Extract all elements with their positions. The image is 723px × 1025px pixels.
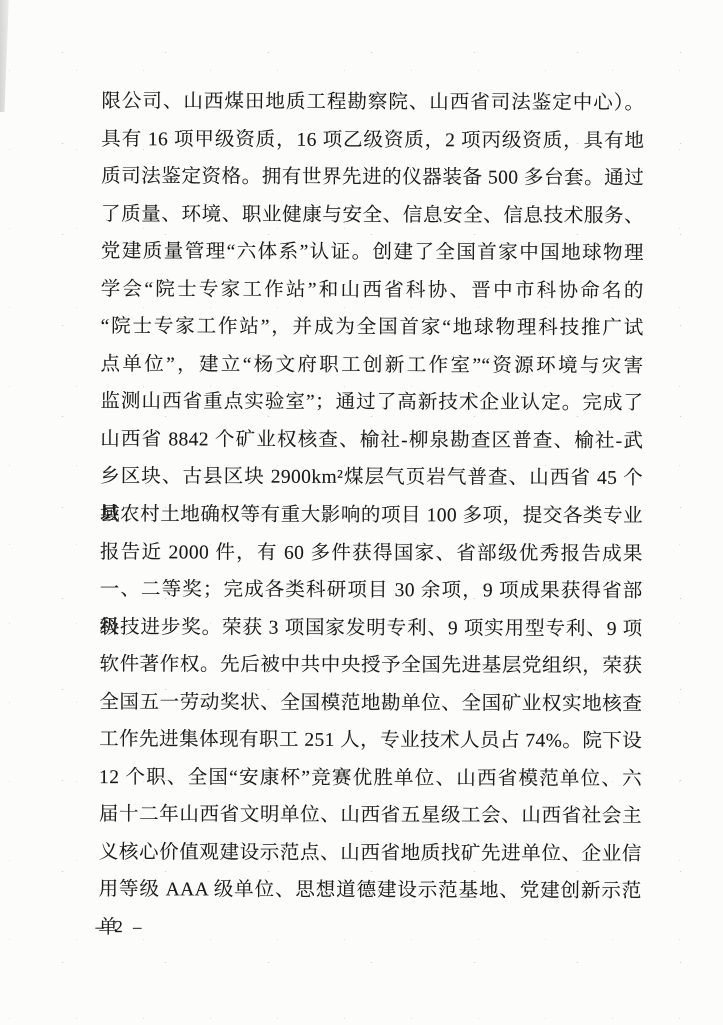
text-line: 域农村土地确权等有重大影响的项目 100 多项，提交各类专业 (100, 496, 643, 535)
text-line: 乡区块、古县区块 2900km²煤层气页岩气普查、山西省 45 个县 (100, 459, 643, 498)
text-line: 软件著作权。先后被中共中央授予全国先进基层党组织，荣获 (99, 646, 642, 685)
text-line: 学会“院士专家工作站”和山西省科协、晋中市科协命名的 (101, 271, 644, 310)
body-text: 限公司、山西煤田地质工程勘察院、山西省司法鉴定中心）。 具有 16 项甲级资质，… (99, 83, 645, 911)
text-line: 工作先进集体现有职工 251 人，专业技术人员占 74%。院下设 (99, 721, 642, 760)
text-line: 监测山西省重点实验室”；通过了高新技术企业认定。完成了 (100, 383, 643, 422)
text-line: “院士专家工作站”，并成为全国首家“地球物理科技推广试 (101, 308, 644, 347)
page-content: 限公司、山西煤田地质工程勘察院、山西省司法鉴定中心）。 具有 16 项甲级资质，… (0, 0, 723, 1025)
text-line: 具有 16 项甲级资质，16 项乙级资质，2 项丙级资质，具有地 (101, 121, 644, 160)
text-line: 全国五一劳动奖状、全国模范地勘单位、全国矿业权实地核查 (99, 684, 642, 723)
scanned-document-page: 限公司、山西煤田地质工程勘察院、山西省司法鉴定中心）。 具有 16 项甲级资质，… (0, 0, 723, 1025)
text-line: 用等级 AAA 级单位、思想道德建设示范基地、党建创新示范单 (99, 872, 642, 911)
text-line: 科技进步奖。荣获 3 项国家发明专利、9 项实用型专利、9 项 (100, 609, 643, 648)
text-line: 届十二年山西省文明单位、山西省五星级工会、山西省社会主 (99, 796, 642, 835)
text-line: 限公司、山西煤田地质工程勘察院、山西省司法鉴定中心）。 (101, 83, 644, 122)
text-line: 12 个职、全国“安康杯”竞赛优胜单位、山西省模范单位、六 (99, 759, 642, 798)
text-line: 了质量、环境、职业健康与安全、信息安全、信息技术服务、 (101, 196, 644, 235)
text-line: 质司法鉴定资格。拥有世界先进的仪器装备 500 多台套。通过 (101, 158, 644, 197)
text-line: 一、二等奖；完成各类科研项目 30 余项，9 项成果获得省部级 (100, 571, 643, 610)
text-line: 义核心价值观建设示范点、山西省地质找矿先进单位、企业信 (99, 834, 642, 873)
text-line: 山西省 8842 个矿业权核查、榆社-柳泉勘查区普查、榆社-武 (100, 421, 643, 460)
text-line: 党建质量管理“六体系”认证。创建了全国首家中国地球物理 (101, 233, 644, 272)
text-line: 报告近 2000 件，有 60 多件获得国家、省部级优秀报告成果 (100, 534, 643, 573)
page-number: – 2 – (96, 917, 145, 937)
text-line: 点单位”，建立“杨文府职工创新工作室”“资源环境与灾害 (100, 346, 643, 385)
